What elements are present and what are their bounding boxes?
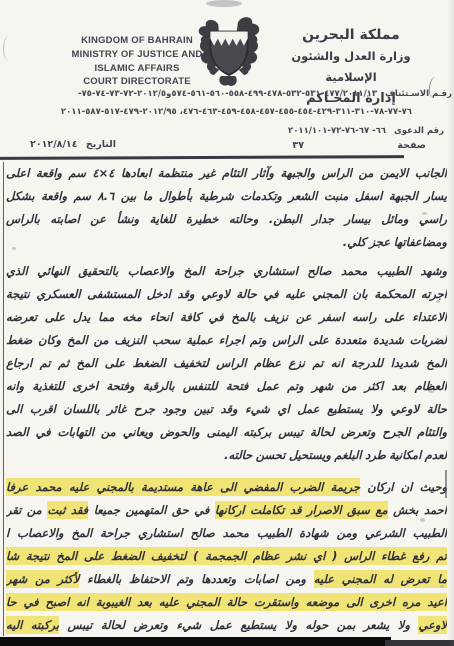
scan-speck — [436, 300, 440, 303]
text-segment: الطبيب الشرعي ومن شهادة الطبيب محمد صالح… — [6, 526, 447, 540]
text-segment: والتئام الجرح وتعرض لحالة تيبس بركبته ال… — [6, 425, 447, 439]
body-line: وحيث ان اركان جريمة الضرب المفضي الى عاه… — [6, 476, 447, 499]
appeal-number-values: ٢٠١١-٥٨٧-٥١٧-٤٧٩-٢٠١٢/٩٥ ،٤٧٦-٤٦٣-٤٥٩-٤٥… — [61, 105, 412, 119]
text-segment: حالة لاوعي ولا يستطيع عمل اي شيء وقد تبي… — [6, 402, 447, 416]
paragraph: وشهد الطبيب محمد صالح استشاري جراحة المخ… — [6, 260, 447, 467]
text-segment: احمد بخش — [388, 503, 447, 517]
scan-speck — [420, 518, 425, 522]
scan-speck — [12, 247, 16, 250]
scanned-court-document-page: KINGDOM OF BAHRAIN MINISTRY OF JUSTICE A… — [0, 0, 454, 646]
page-date-row: صفحة ٣٧ التاريخ ٢٠١٢/٨/١٤ — [0, 138, 454, 156]
appeal-number-label: رقـم الاسـتئناف — [385, 89, 452, 99]
case-number-label: رقم الدعوى — [394, 126, 444, 136]
highlighted-text: بركبته اليه — [6, 616, 59, 634]
body-line: والتئام الجرح وتعرض لحالة تيبس بركبته ال… — [6, 421, 447, 444]
body-text: الجانب الايمن من الراس والجبهة وآثار الت… — [6, 162, 447, 643]
appeal-number-values: -٧٥-٧٤-٧٣-٧٢-٢٠١٢/٥و٥٧٤-٥٦١-٥٦٠-٥٥٨-٤٩٩-… — [78, 87, 377, 101]
text-segment: وحيث ان اركان — [360, 480, 447, 494]
text-segment: لضربات شديدة متعددة على الراس وتم اجراء … — [6, 333, 447, 347]
case-number-row: رقم الدعوى ٢٠١١/١٠١-٧٢-٧٦-٦٧ -٦٦ — [2, 124, 452, 138]
body-line: لعدم امكانية طرد البلغم ويستحيل تحسن حال… — [6, 444, 447, 467]
case-number-values: ٢٠١١/١٠١-٧٢-٧٦-٦٧ -٦٦ — [288, 124, 386, 138]
body-line: تم رفع غطاء الراس ( اي نشر عظام الجمجمة … — [6, 545, 447, 568]
highlighted-text: لاوعي — [418, 616, 447, 634]
body-line: ما تعرض له المجني عليه ومن اصابات وتعدده… — [6, 568, 447, 591]
body-line: اعيد مره اخرى الى موضعه واستقرت حالة الم… — [6, 591, 447, 614]
header-arabic-line: مملكة البحرين — [276, 25, 426, 46]
text-segment: الاعتداء على راسه اسفر عن نزيف بالمخ في … — [6, 310, 447, 324]
highlighted-text: ما تعرض له المجني عليه — [314, 570, 447, 588]
body-line: ومضاعفاتها عجز كلي. — [6, 231, 447, 254]
date-value: ٢٠١٢/٨/١٤ — [30, 139, 78, 150]
scan-edge-bar — [0, 637, 391, 646]
page-number: ٣٧ — [292, 140, 304, 151]
highlighted-text: تم رفع غطاء الراس ( اي نشر عظام الجمجمة … — [6, 547, 447, 565]
right-margin-mark — [445, 470, 447, 498]
scan-speck — [422, 212, 427, 215]
body-line: اجرته المحكمة بان المجني عليه في حالة لا… — [6, 283, 447, 306]
body-line: الاعتداء على راسه اسفر عن نزيف بالمخ في … — [6, 306, 447, 329]
text-segment: ومضاعفاتها عجز كلي. — [343, 235, 447, 249]
left-margin-rule — [3, 162, 4, 636]
highlighted-text: لأكثر من شهر — [6, 570, 79, 588]
scan-smudge — [206, 0, 242, 7]
body-line: احمد بخش مع سبق الاصرار قد تكاملت اركانه… — [6, 499, 447, 522]
text-segment: راسي ومائل بيسار جدار البطن. وحالته خطير… — [6, 212, 447, 226]
body-line: العظام بعد اكثر من شهر وتم عمل فتحة للتن… — [6, 375, 447, 398]
appeal-number-row: رقـم الاسـتئناف -٧٥-٧٤-٧٣-٧٢-٢٠١٢/٥و٥٧٤-… — [2, 87, 452, 101]
paragraph: الجانب الايمن من الراس والجبهة وآثار الت… — [6, 162, 447, 254]
date-row: التاريخ ٢٠١٢/٨/١٤ — [30, 139, 116, 150]
body-line: وشهد الطبيب محمد صالح استشاري جراحة المخ… — [6, 260, 447, 283]
scan-speck — [440, 585, 444, 588]
paragraph: وحيث ان اركان جريمة الضرب المفضي الى عاه… — [6, 476, 447, 637]
text-segment: المخ شديدا للدرجة انه تم نزع عظام الراس … — [6, 356, 447, 370]
body-line: راسي ومائل بيسار جدار البطن. وحالته خطير… — [6, 208, 447, 231]
text-segment: من تقر — [6, 503, 47, 517]
body-line: المخ شديدا للدرجة انه تم نزع عظام الراس … — [6, 352, 447, 375]
case-numbers-block: رقـم الاسـتئناف -٧٥-٧٤-٧٣-٧٢-٢٠١٢/٥و٥٧٤-… — [2, 87, 452, 142]
text-segment: وشهد الطبيب محمد صالح استشاري جراحة المخ… — [6, 264, 447, 278]
text-segment: ومن اصابات وتعددها وتم الاحتفاظ بالغطاء — [79, 572, 313, 586]
date-label: التاريخ — [86, 139, 116, 150]
page-label: صفحة — [397, 140, 426, 151]
appeal-number-row-continued: ٢٠١١-٥٨٧-٥١٧-٤٧٩-٢٠١٢/٩٥ ،٤٧٦-٤٦٣-٤٥٩-٤٥… — [2, 105, 452, 119]
body-line: حالة لاوعي ولا يستطيع عمل اي شيء وقد تبي… — [6, 398, 447, 421]
scan-edge-shadow — [448, 0, 454, 646]
body-line: لضربات شديدة متعددة على الراس وتم اجراء … — [6, 329, 447, 352]
body-line: يسار الجبهة اسفل منبت الشعر وتكدمات شرطي… — [6, 185, 447, 208]
text-segment: ولا يشعر بمن حوله ولا يستطيع عمل شيء وتع… — [59, 618, 418, 632]
text-segment: اجرته المحكمة بان المجني عليه في حالة لا… — [6, 287, 447, 301]
highlighted-text: مع سبق الاصرار قد تكاملت اركانها — [215, 501, 388, 519]
highlighted-text: فقد ثبت — [47, 501, 88, 519]
text-segment: لعدم امكانية طرد البلغم ويستحيل تحسن حال… — [224, 448, 447, 462]
horizontal-rule — [0, 155, 404, 159]
body-line: الجانب الايمن من الراس والجبهة وآثار الت… — [6, 162, 447, 185]
scan-edge-bar-light — [385, 640, 454, 646]
text-segment: في حق المتهمين جميعا — [88, 503, 215, 517]
text-segment: العظام بعد اكثر من شهر وتم عمل فتحة للتن… — [6, 379, 447, 393]
scan-speck — [428, 390, 434, 393]
body-line: الطبيب الشرعي ومن شهادة الطبيب محمد صالح… — [6, 522, 447, 545]
body-line: لاوعي ولا يشعر بمن حوله ولا يستطيع عمل ش… — [6, 614, 447, 637]
highlighted-text: اعيد مره اخرى الى موضعه واستقرت حالة الم… — [6, 593, 447, 611]
header-arabic-line: وزارة العدل والشئون الإسلامية — [276, 46, 426, 88]
highlighted-text: جريمة الضرب المفضي الى عاهة مستديمة بالم… — [6, 478, 360, 496]
bahrain-coat-of-arms-icon — [189, 11, 269, 97]
text-segment: يسار الجبهة اسفل منبت الشعر وتكدمات شرطي… — [6, 189, 447, 203]
pen-mark — [3, 36, 15, 61]
text-segment: الجانب الايمن من الراس والجبهة وآثار الت… — [6, 166, 447, 180]
